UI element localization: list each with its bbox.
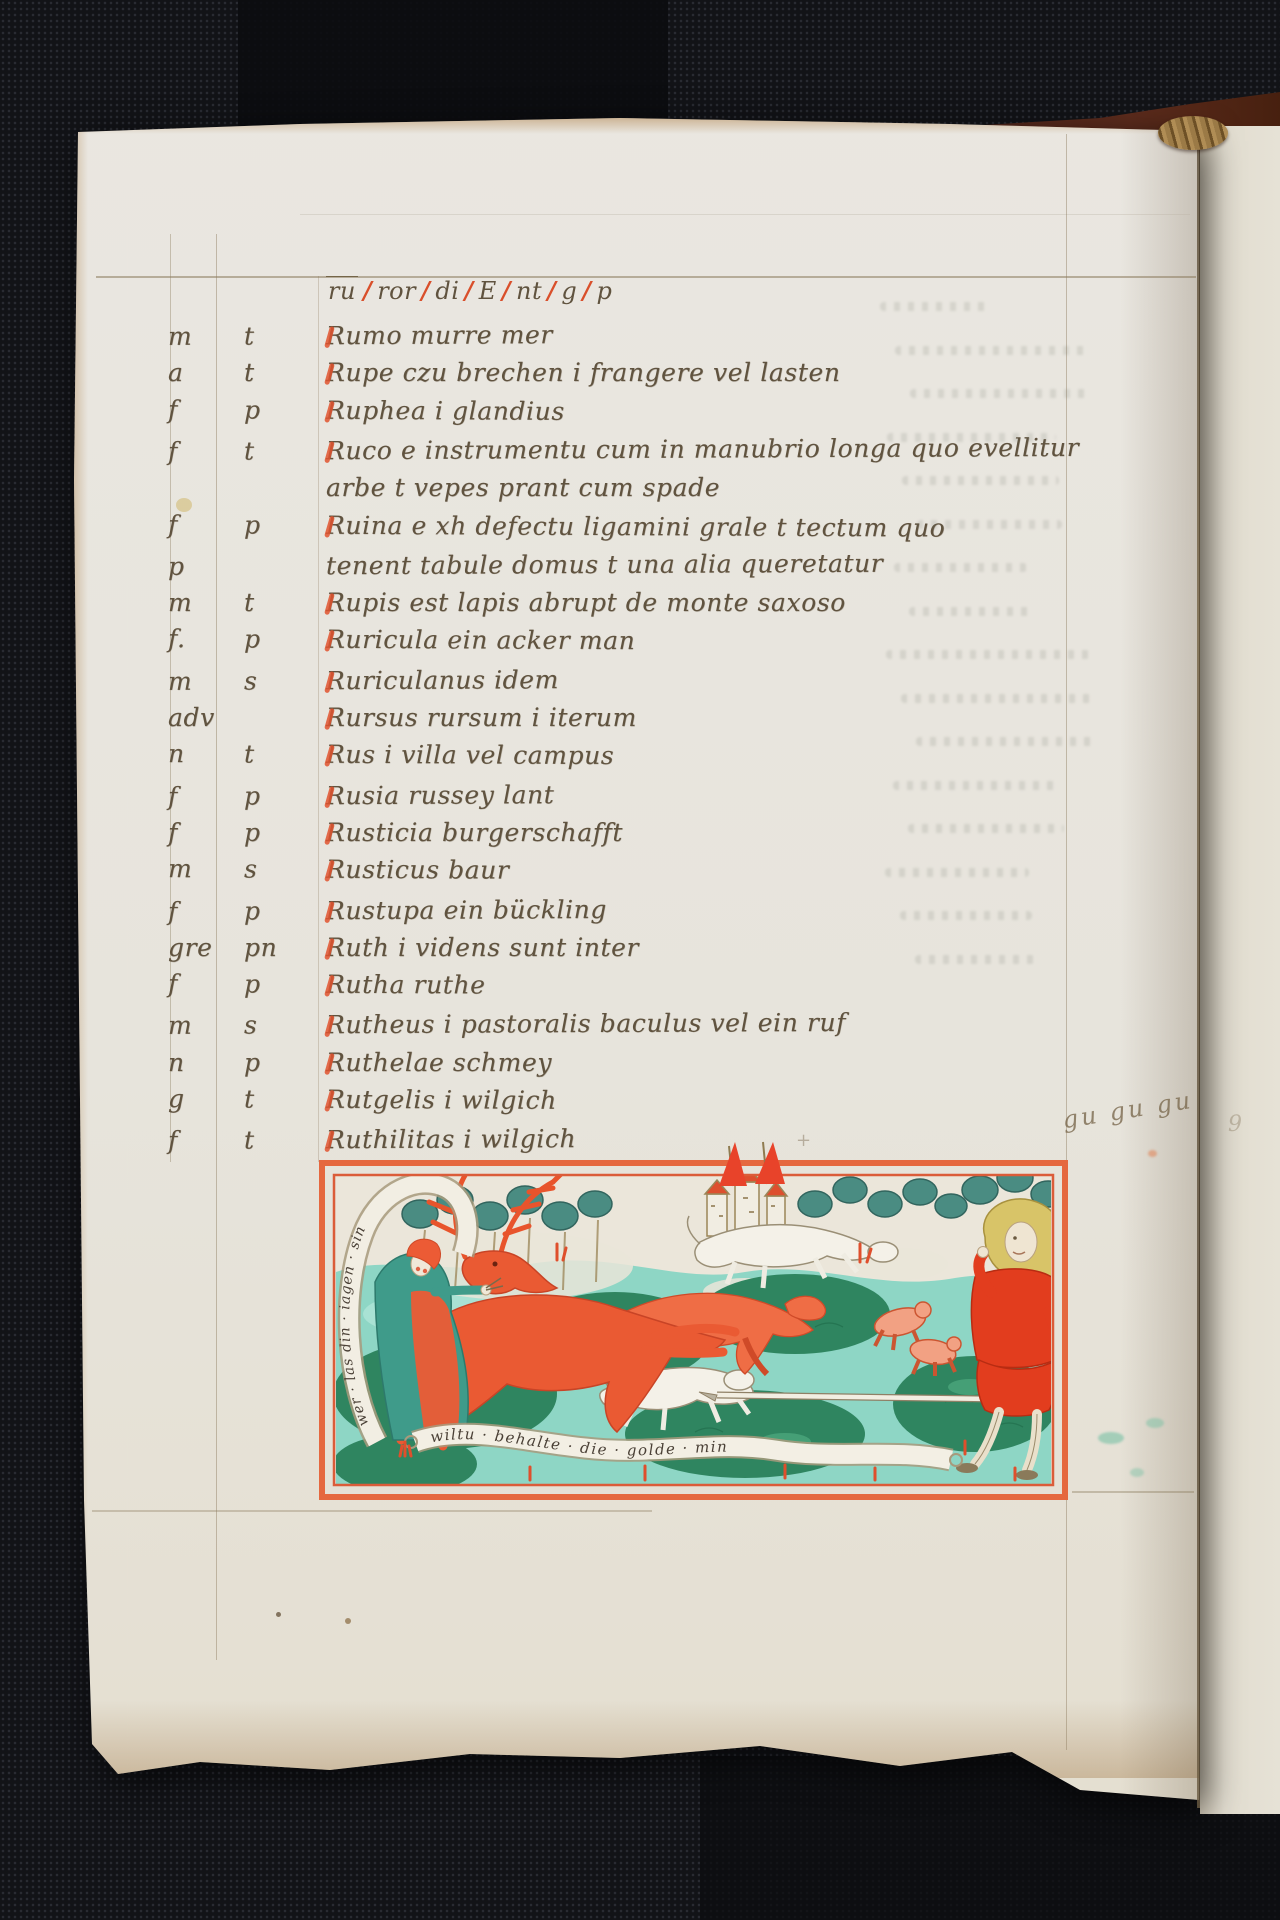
note-letter: p <box>244 510 294 539</box>
ruling-horizontal-top <box>96 276 1196 278</box>
red-touched-initial: R <box>326 1048 345 1077</box>
entry-text: Rupis est lapis abrupt de monte saxoso <box>326 588 1166 617</box>
note-letter: p <box>244 395 294 424</box>
red-touched-initial: R <box>326 896 346 925</box>
gender-letter: f <box>168 969 238 998</box>
gender-letter: m <box>168 588 238 617</box>
note-letter: s <box>244 855 294 884</box>
endband <box>1158 116 1228 150</box>
note-letter: t <box>244 1084 294 1113</box>
ghost-text-line <box>885 868 1029 877</box>
header-abbreviation: ror <box>377 277 416 305</box>
entry-text: Ruth i videns sunt inter <box>326 933 1166 962</box>
ghost-text-line <box>887 433 1056 442</box>
ghost-text-line <box>894 563 1027 572</box>
red-touched-initial: R <box>326 855 346 884</box>
pen-trial-facing: 9 <box>1228 1112 1242 1137</box>
entry-text: Rutha ruthe <box>326 970 1166 1003</box>
header-red-slash: / <box>421 276 430 305</box>
ghost-text-line <box>902 476 1059 485</box>
parchment-page: ru/ror/di/E/nt/g/p mtRumo murre meratRup… <box>0 0 1280 1920</box>
entry-text: Rupe czu brechen i frangere vel lasten <box>326 358 1166 387</box>
gender-letter: f <box>168 1126 238 1155</box>
note-letter: p <box>244 781 294 810</box>
paint-smudge <box>1098 1432 1124 1444</box>
ruling-horizontal-bottom <box>92 1510 652 1512</box>
note-letter: t <box>244 321 294 350</box>
note-letter: t <box>244 358 294 387</box>
red-touched-initial: R <box>326 1011 346 1040</box>
note-letter: s <box>244 666 294 695</box>
glossary-row: msRutheus i pastoralis baculus vel ein r… <box>0 1007 1200 1052</box>
header-abbreviation-row: ru/ror/di/E/nt/g/p <box>326 276 612 305</box>
header-abbreviation: nt <box>516 277 542 305</box>
ghost-text-line <box>893 781 1061 790</box>
red-touched-initial: R <box>326 740 346 769</box>
red-touched-initial: R <box>326 703 345 732</box>
gender-letter: f. <box>168 625 238 654</box>
gender-letter: n <box>168 739 238 768</box>
gender-letter: gre <box>168 933 238 962</box>
note-letter: t <box>244 1126 294 1155</box>
gender-letter: f <box>168 510 238 539</box>
red-touched-initial: R <box>326 436 346 465</box>
red-touched-initial: R <box>326 625 346 654</box>
note-letter: p <box>244 818 294 847</box>
red-touched-initial: R <box>326 666 346 695</box>
header-abbreviation: di <box>435 277 459 305</box>
red-touched-initial: R <box>326 321 346 350</box>
entry-text: tenent tabule domus t una alia queretatu… <box>326 547 1166 580</box>
gender-letter: f <box>168 781 238 810</box>
ghost-text-line <box>909 607 1030 616</box>
entry-text: Rutgelis i wilgich <box>326 1085 1166 1118</box>
note-letter: p <box>244 896 294 925</box>
header-red-slash: / <box>582 276 591 305</box>
ghost-text-line <box>886 650 1090 659</box>
header-red-slash: / <box>363 276 372 305</box>
ghost-text-line <box>917 520 1062 529</box>
glossary-row: npRuthelae schmey <box>0 1048 1200 1088</box>
gender-letter: n <box>168 1048 238 1077</box>
note-letter: s <box>244 1011 294 1040</box>
glossary-row: mtRumo murre mer <box>0 317 1200 362</box>
hunt-miniature: wer · las din · iagen · sin <box>315 1142 1072 1502</box>
gender-letter: m <box>168 854 238 883</box>
header-abbreviation: E <box>479 277 497 305</box>
note-letter: t <box>244 436 294 465</box>
gender-letter: a <box>168 358 238 387</box>
red-touched-initial: R <box>326 588 345 617</box>
header-abbreviation: p <box>597 277 613 305</box>
red-touched-initial: R <box>326 395 346 424</box>
gender-letter: f <box>168 896 238 925</box>
note-letter: p <box>244 1048 294 1077</box>
red-touched-initial: R <box>326 358 345 387</box>
ghost-text-line <box>910 389 1091 398</box>
red-touched-initial: R <box>326 1085 346 1114</box>
header-red-slash: / <box>547 276 556 305</box>
entry-text: Rutheus i pastoralis baculus vel ein ruf <box>326 1007 1166 1040</box>
lady-arm <box>435 1290 483 1292</box>
entry-text: Rustupa ein bückling <box>326 892 1166 925</box>
ghost-text-line <box>880 302 990 311</box>
gender-letter: m <box>168 322 238 351</box>
ghost-text-line <box>916 737 1096 746</box>
red-touched-initial: R <box>326 970 346 999</box>
hunter-face <box>1005 1222 1037 1262</box>
header-abbreviation: ru <box>326 276 358 305</box>
gender-letter: f <box>168 436 238 465</box>
gender-letter: p <box>168 551 238 580</box>
entry-text: Rursus rursum i iterum <box>326 703 1166 732</box>
ghost-text-line <box>900 911 1032 920</box>
header-red-slash: / <box>502 276 511 305</box>
glossary-row: grepnRuth i videns sunt inter <box>0 933 1200 973</box>
ghost-text-line <box>901 694 1093 703</box>
entry-text: Rusticus baur <box>326 855 1166 888</box>
ghost-text-line <box>915 955 1035 964</box>
gender-letter: f <box>168 395 238 424</box>
red-touched-initial: R <box>326 510 346 539</box>
note-letter: pn <box>244 933 294 962</box>
gender-letter: m <box>168 1011 238 1040</box>
gender-letter: f <box>168 818 238 847</box>
gender-letter: adv <box>168 703 238 732</box>
gender-letter: m <box>168 666 238 695</box>
header-abbreviation: g <box>561 277 577 305</box>
red-touched-initial: R <box>326 818 345 847</box>
header-red-slash: / <box>464 276 473 305</box>
gutter-fold <box>1197 128 1200 1808</box>
note-letter: t <box>244 588 294 617</box>
note-letter: p <box>244 970 294 999</box>
ghost-text-line <box>895 346 1088 355</box>
red-touched-initial: R <box>326 781 346 810</box>
gender-letter: g <box>168 1084 238 1113</box>
red-touched-initial: R <box>326 933 345 962</box>
entry-text: Ruriculanus idem <box>326 662 1166 695</box>
entry-text: Ruphea i glandius <box>326 395 1166 428</box>
entry-text: Ruthelae schmey <box>326 1048 1166 1077</box>
note-letter: t <box>244 740 294 769</box>
note-letter: p <box>244 625 294 654</box>
ghost-text-line <box>908 824 1064 833</box>
manuscript-photo: ru/ror/di/E/nt/g/p mtRumo murre meratRup… <box>0 0 1280 1920</box>
